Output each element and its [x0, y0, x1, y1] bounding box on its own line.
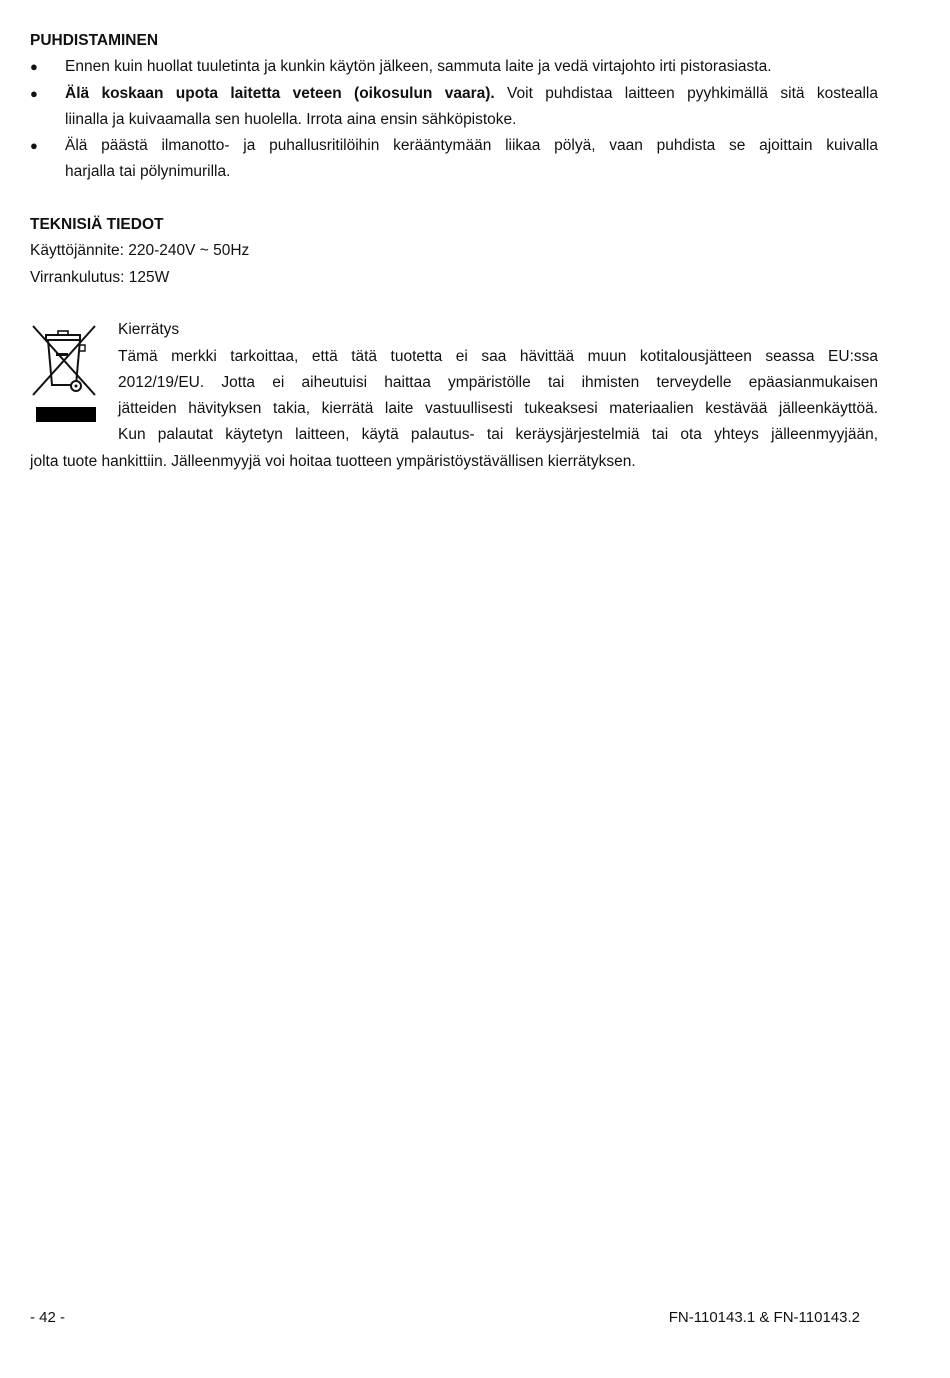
spec-voltage: Käyttöjännite: 220-240V ~ 50Hz	[30, 238, 878, 264]
cleaning-heading: PUHDISTAMINEN	[30, 28, 878, 54]
spec-power: Virrankulutus: 125W	[30, 265, 878, 291]
bullet-text-line-2: harjalla tai pölynimurilla.	[65, 159, 878, 185]
recycling-title: Kierrätys	[118, 317, 878, 343]
bullet-icon: ●	[30, 54, 65, 80]
bullet-text-rest: Voit puhdistaa laitteen pyyhkimällä sitä…	[495, 85, 878, 102]
page-number: - 42 -	[30, 1306, 65, 1330]
cleaning-bullet-2: ● Älä koskaan upota laitetta veteen (oik…	[30, 81, 878, 134]
recycling-final-line: jolta tuote hankittiin. Jälleenmyyjä voi…	[30, 449, 878, 475]
cleaning-bullet-3: ● Älä päästä ilmanotto- ja puhallusritil…	[30, 133, 878, 186]
recycling-section: Kierrätys Tämä merkki tarkoittaa, että t…	[30, 317, 878, 475]
recycling-text: Kierrätys Tämä merkki tarkoittaa, että t…	[30, 317, 878, 448]
recycling-line-3: jätteiden hävityksen takia, kierrätä lai…	[118, 396, 878, 422]
warning-text: Älä koskaan upota laitetta veteen (oikos…	[65, 85, 495, 102]
cleaning-bullet-1: ● Ennen kuin huollat tuuletinta ja kunki…	[30, 54, 878, 80]
spacer	[30, 186, 878, 212]
bullet-icon: ●	[30, 133, 65, 159]
bullet-text: Ennen kuin huollat tuuletinta ja kunkin …	[65, 54, 878, 80]
model-number: FN-110143.1 & FN-110143.2	[669, 1306, 860, 1330]
specs-heading: TEKNISIÄ TIEDOT	[30, 212, 878, 238]
recycling-line-2: 2012/19/EU. Jotta ei aiheutuisi haittaa …	[118, 370, 878, 396]
bullet-text-line-1: Älä päästä ilmanotto- ja puhallusritilöi…	[65, 133, 878, 159]
bullet-text-line-1: Älä koskaan upota laitetta veteen (oikos…	[65, 81, 878, 107]
document-page: PUHDISTAMINEN ● Ennen kuin huollat tuule…	[30, 28, 878, 475]
bullet-icon: ●	[30, 81, 65, 107]
bullet-text-line-2: liinalla ja kuivaamalla sen huolella. Ir…	[65, 107, 878, 133]
weee-crossed-bin-icon	[30, 323, 100, 427]
recycling-line-1: Tämä merkki tarkoittaa, että tätä tuotet…	[118, 344, 878, 370]
recycling-line-4: Kun palautat käytetyn laitteen, käytä pa…	[118, 422, 878, 448]
